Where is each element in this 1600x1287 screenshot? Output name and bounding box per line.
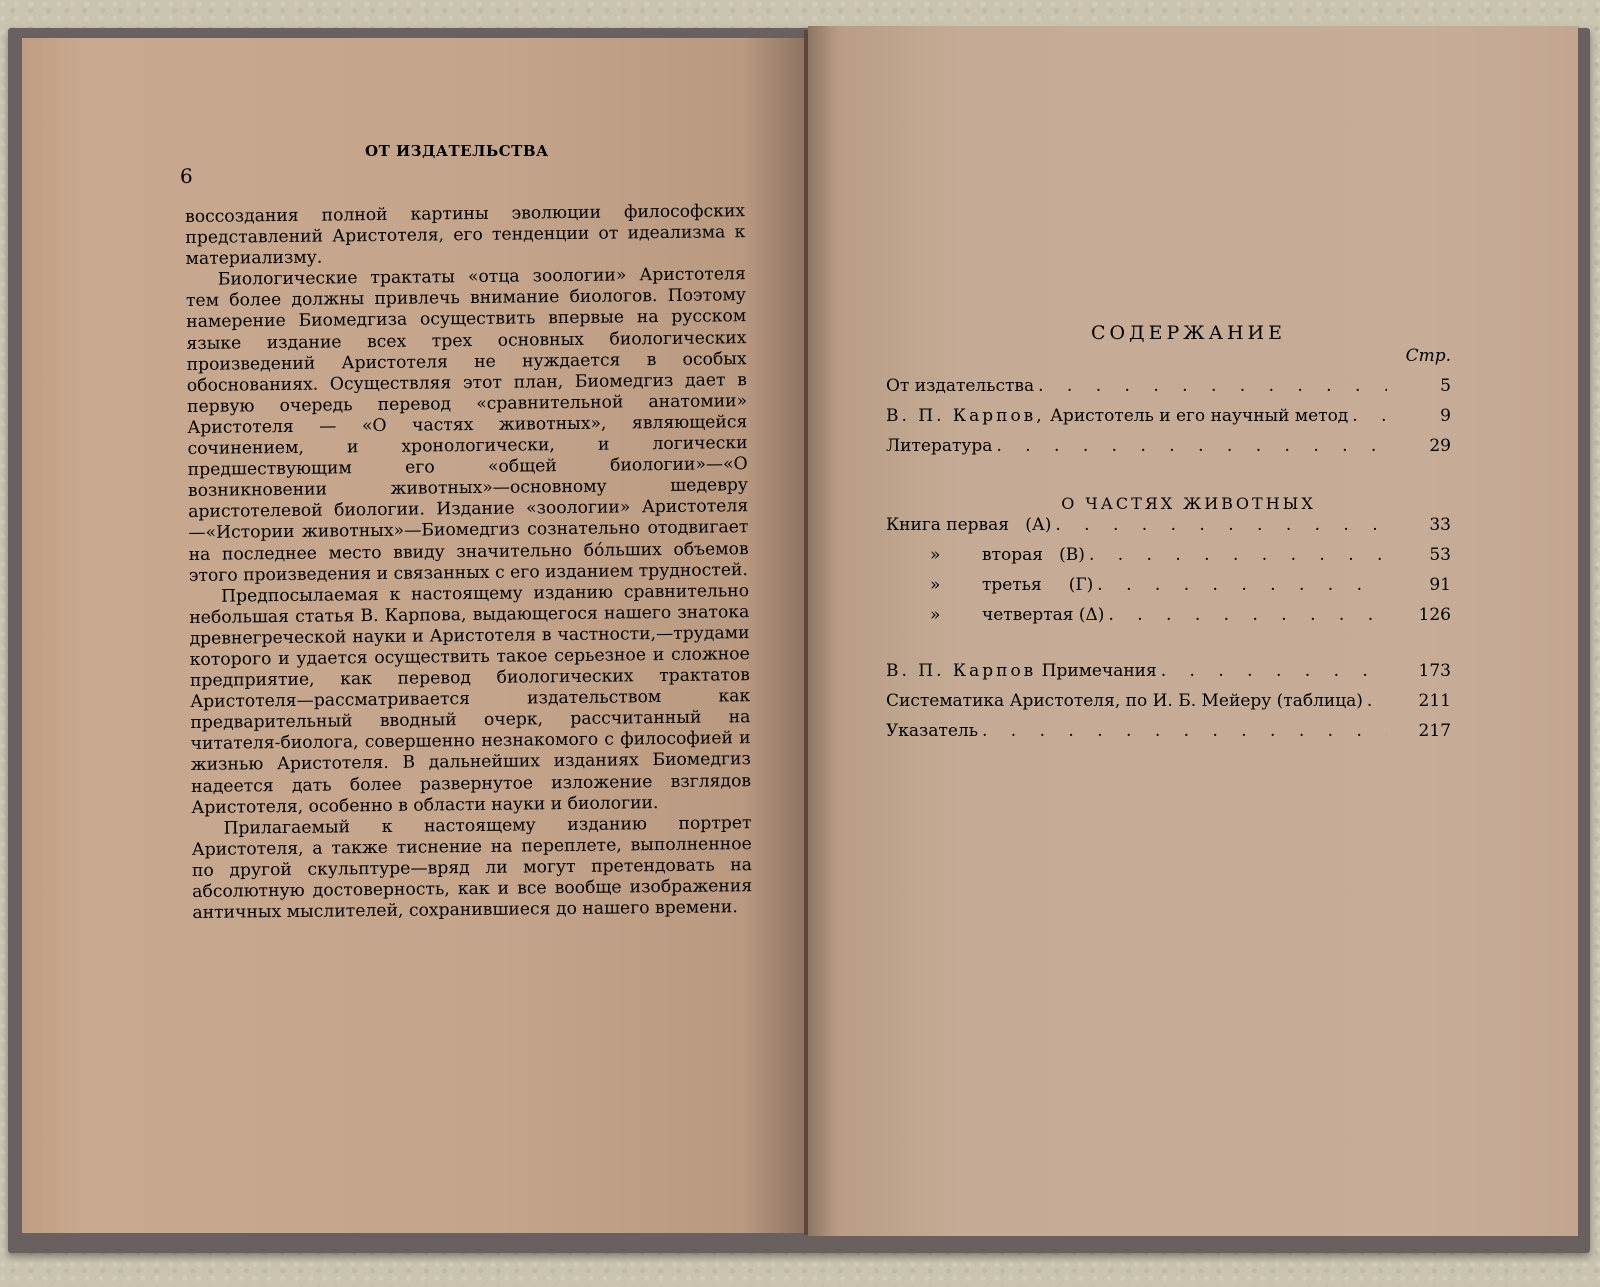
toc-entry[interactable]: »вторая (В) . . . . . . . . . . . . . . … — [886, 545, 1451, 575]
toc-section-title: О ЧАСТЯХ ЖИВОТНЫХ — [926, 494, 1451, 513]
toc-entry-label: Литература — [886, 436, 992, 456]
dot-leader: . . . . . . . . . . . . . . . . . . . . … — [1352, 406, 1387, 426]
toc-entry-label: Книга первая (А) — [886, 515, 1051, 535]
toc-entry-label: В. П. Карпов, Аристотель и его научный м… — [886, 406, 1348, 426]
toc-entry-page: 5 — [1391, 376, 1451, 396]
paragraph: воссоздания полной картины эволюции фило… — [185, 201, 746, 270]
paragraph: Прилагаемый к настоящему изданию портрет… — [191, 813, 752, 924]
toc-entry-label: »вторая (В) — [930, 545, 1085, 565]
toc-entry-page: 53 — [1391, 545, 1451, 565]
ditto-mark: » — [930, 605, 982, 625]
book-spine — [804, 30, 808, 1235]
toc-entry[interactable]: В. П. Карпов Примечания . . . . . . . . … — [886, 661, 1451, 691]
toc-entry-label: »четвертая (Δ) — [930, 605, 1104, 625]
spacer — [886, 635, 1451, 661]
page-number: 6 — [180, 164, 193, 188]
toc-entry-label: От издательства — [886, 376, 1034, 396]
dot-leader: . . . . . . . . . . . . . . . . . . . . … — [1161, 661, 1387, 681]
toc-entry-author: В. П. Карпов — [886, 661, 1036, 681]
book-letter: (Δ) — [1079, 605, 1105, 625]
book-letter: (А) — [1025, 515, 1051, 535]
book-prefix: Книга — [886, 515, 941, 535]
book-label: вторая — [982, 545, 1043, 565]
book-letter: (Г) — [1069, 575, 1094, 595]
toc-entry-label: Указатель — [886, 721, 978, 741]
toc-entry-author: В. П. Карпов, — [886, 406, 1045, 426]
toc-entry-page: 91 — [1391, 575, 1451, 595]
toc-entry[interactable]: »третья (Г) . . . . . . . . . . . . . . … — [886, 575, 1451, 605]
dot-leader: . . . . . . . . . . . . . . . . . . . . … — [1097, 575, 1387, 595]
dot-leader: . . . . . . . . . . . . . . . . . . . . … — [1055, 515, 1387, 535]
dot-leader: . . . . . . . . . . . . . . . . . . . . … — [1367, 691, 1387, 711]
running-head-title: ОТ ИЗДАТЕЛЬСТВА — [365, 142, 549, 160]
toc-entry-page: 173 — [1391, 661, 1451, 681]
paragraph: Биологические трактаты «отца зоологии» А… — [186, 264, 749, 586]
dot-leader: . . . . . . . . . . . . . . . . . . . . … — [1038, 376, 1387, 396]
dot-leader: . . . . . . . . . . . . . . . . . . . . … — [982, 721, 1387, 741]
table-of-contents: СОДЕРЖАНИЕ Стр. От издательства . . . . … — [886, 322, 1451, 751]
page-column-label: Стр. — [886, 346, 1451, 366]
dot-leader: . . . . . . . . . . . . . . . . . . . . … — [1108, 605, 1387, 625]
dot-leader: . . . . . . . . . . . . . . . . . . . . … — [1089, 545, 1387, 565]
toc-entry[interactable]: »четвертая (Δ) . . . . . . . . . . . . .… — [886, 605, 1451, 635]
book-label: третья — [982, 575, 1042, 595]
toc-title: СОДЕРЖАНИЕ — [926, 322, 1451, 344]
toc-entry-page: 29 — [1391, 436, 1451, 456]
body-text: воссоздания полной картины эволюции фило… — [185, 201, 752, 924]
toc-entry-label: »третья (Г) — [930, 575, 1093, 595]
dot-leader: . . . . . . . . . . . . . . . . . . . . … — [996, 436, 1387, 456]
toc-entry[interactable]: От издательства . . . . . . . . . . . . … — [886, 376, 1451, 406]
book-letter: (В) — [1059, 545, 1085, 565]
toc-entry-label: Систематика Аристотеля, по И. Б. Мейеру … — [886, 691, 1363, 711]
book-label: первая — [946, 515, 1009, 535]
toc-entry-page: 126 — [1391, 605, 1451, 625]
ditto-mark: » — [930, 545, 982, 565]
toc-entry-page: 211 — [1391, 691, 1451, 711]
ditto-mark: » — [930, 575, 982, 595]
toc-entry-page: 33 — [1391, 515, 1451, 535]
toc-entry[interactable]: Литература . . . . . . . . . . . . . . .… — [886, 436, 1451, 466]
toc-entry-title: Аристотель и его научный метод — [1050, 406, 1348, 426]
toc-entry-page: 9 — [1391, 406, 1451, 426]
toc-entry-title: Примечания — [1042, 661, 1157, 681]
toc-entry-page: 217 — [1391, 721, 1451, 741]
paragraph: Предпосылаемая к настоящему изданию срав… — [189, 581, 751, 819]
toc-entry[interactable]: Указатель . . . . . . . . . . . . . . . … — [886, 721, 1451, 751]
toc-entry[interactable]: Книга первая (А) . . . . . . . . . . . .… — [886, 515, 1451, 545]
toc-entry-label: В. П. Карпов Примечания — [886, 661, 1157, 681]
toc-entry[interactable]: В. П. Карпов, Аристотель и его научный м… — [886, 406, 1451, 436]
book-label: четвертая — [982, 605, 1073, 625]
toc-entry[interactable]: Систематика Аристотеля, по И. Б. Мейеру … — [886, 691, 1451, 721]
